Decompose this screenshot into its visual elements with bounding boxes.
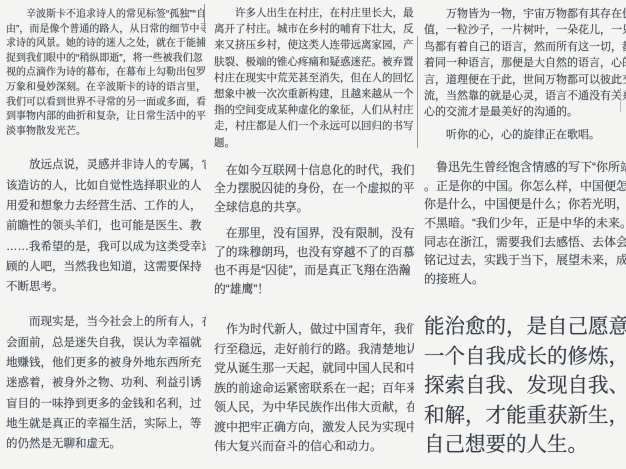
text-line: 你是什么，中国便是什么；你若光明， — [424, 195, 626, 214]
text-line: 会面前，总是迷失自我，误认为幸福就 — [6, 333, 206, 353]
text-line: 作为时代新人，做过中国青年，我们应 — [214, 320, 414, 340]
paragraph: 作为时代新人，做过中国青年，我们应行至稳远，走好前行的路。我清楚地认识党从诞生那… — [214, 320, 414, 457]
text-line: 在如今互联网十信息化的时代，我们也 — [214, 161, 414, 180]
text-line: 党从诞生那一天起，就同中国人民和中 — [214, 359, 414, 379]
paragraph: 许多人出生在村庄，在村庄里长大，最后离开了村庄。城市在乡村的哺育下壮大，反过来又… — [214, 5, 414, 151]
text-column-middle: 许多人出生在村庄，在村庄里长大，最后离开了村庄。城市在乡村的哺育下壮大，反过来又… — [214, 0, 414, 469]
column-divider — [417, 36, 418, 148]
text-line: 来又挤压乡村，使这类人连带远离家园，产生 — [214, 37, 414, 53]
text-line: 我们可以看到世界不寻常的另一面或多面，看 — [6, 96, 206, 111]
text-line: 全力摆脱囚徒的身份，在一个虚拟的平 — [214, 179, 414, 198]
text-line: 村庄在现实中荒芜甚至消失，但在人的回忆和 — [214, 70, 414, 86]
text-line: 族的前途命运紧密联系在一起；百年来党 — [214, 379, 414, 399]
page-edge-rule — [620, 88, 621, 112]
text-line: 一个自我成长的修炼，这个修 — [424, 342, 626, 372]
text-line: 自己想要的人生。 — [424, 430, 626, 460]
paragraph: 在那里，没有国界，没有限制，没有翻了的珠穆朗玛，也没有穿越不了的百慕大也不再是“… — [214, 224, 414, 298]
text-line: 渡中把牢正确方向，激发人民为实现中 — [214, 418, 414, 438]
text-line: 想象中被一次次重新构建，且越来越从一个实 — [214, 86, 414, 102]
text-line: 铭记过去，实践于当下，展望未来，成 — [424, 251, 626, 270]
text-line: 许多人出生在村庄，在村庄里长大，最后 — [214, 5, 414, 21]
text-line: 流，当然靠的就是心灵，语言不通没有关系， — [424, 88, 626, 104]
paragraph: 在如今互联网十信息化的时代，我们也全力摆脱囚徒的身份，在一个虚拟的平全球信息的共… — [214, 161, 414, 217]
paragraph-large-text: 能治愈的，是自己愿意走出来一个自我成长的修炼，这个修探索自我、发现自我、觉醒自和… — [424, 312, 626, 460]
text-line: 前瞻性的领头羊们，也可能是医生、教 — [6, 216, 206, 236]
text-line: 迷惑着，被身外之物、功利、利益引诱 — [6, 373, 206, 393]
text-line: 淡事物散发光芒。 — [6, 125, 206, 140]
text-line: 万象和曼妙深刻。在辛波斯卡的诗的语言里， — [6, 81, 206, 96]
text-line: 走，村庄都是人们一个永远可以回归的书写母 — [214, 118, 414, 134]
text-line: 放远点说，灵感并非诗人的专属，它会 — [6, 155, 206, 175]
text-line: 肤裂、极端的锥心疼痛和疑惑迷茫。被弃置的 — [214, 54, 414, 70]
text-line: 用爱和想象力去经营生活、工作的人， — [6, 196, 206, 216]
text-line: 了的珠穆朗玛，也没有穿越不了的百慕大 — [214, 243, 414, 262]
text-line: 指的空间变成某种虚化的象征，人们从村庄出 — [214, 102, 414, 118]
paragraph: 听你的心，心的旋律正在歌唱。 — [424, 127, 626, 143]
text-line: 听你的心，心的旋律正在歌唱。 — [424, 127, 626, 143]
paragraph: 放远点说，灵感并非诗人的专属，它会该造访的人，比如自觉性选择职业的人用爱和想象力… — [6, 155, 206, 297]
text-line: 能治愈的，是自己愿意走出来 — [424, 312, 626, 342]
text-line: 离开了村庄。城市在乡村的哺育下壮大，反过 — [214, 21, 414, 37]
text-line: 的接班人。 — [424, 270, 626, 289]
text-line: 言，道理便在于此，世间万物都可以彼此交 — [424, 72, 626, 88]
document-page: 辛波斯卡不追求诗人的常见标签“孤独”“自由”，而是像个普通的路人，从日常的细节中… — [0, 0, 626, 469]
text-line: 鸟都有着自己的语言，然而所有这一切，都有 — [424, 39, 626, 55]
text-line: 的仍然是无聊和虚无。 — [6, 434, 206, 454]
text-line: 盲目的一味挣到更多的金钱和名利，过 — [6, 394, 206, 414]
text-line: ……我希望的是，我可以成为这类受幸运 — [6, 237, 206, 257]
paragraph: 辛波斯卡不追求诗人的常见标签“孤独”“自由”，而是像个普通的路人，从日常的细节中… — [6, 8, 206, 139]
text-line: 而现实是，当今社会上的所有人，在纷 — [6, 312, 206, 332]
text-line: 同志在浙江，需要我们去感悟、去体会 — [424, 233, 626, 252]
text-line: 也不再是“囚徒”，而是真正飞翔在浩瀚 — [214, 261, 414, 280]
text-line: 伟大复兴而奋斗的信心和动力。 — [214, 437, 414, 457]
text-line: 求诗的风景。她的诗的迷人之处，就在于能捕 — [6, 37, 206, 52]
text-line: 万物皆为一物，宇宙万物都有其存在价 — [424, 6, 626, 22]
text-column-left: 辛波斯卡不追求诗人的常见标签“孤独”“自由”，而是像个普通的路人，从日常的细节中… — [6, 0, 206, 469]
text-line: 题。 — [214, 135, 414, 151]
text-line: 领人民，为中华民族作出伟大贡献，在 — [214, 398, 414, 418]
text-line: 由”，而是像个普通的路人，从日常的细节中寻 — [6, 23, 206, 38]
paragraph: 鲁迅先生曾经饱含情感的写下“你所站立。正是你的中国。你怎么样，中国便怎你是什么，… — [424, 158, 626, 288]
text-line: 捉到我们眼中的“稍纵即逝”，将一些被我们忽 — [6, 52, 206, 67]
text-line: 全球信息的共享。 — [214, 198, 414, 217]
column-divider — [204, 4, 205, 32]
text-line: 不断思考。 — [6, 277, 206, 297]
text-line: 不黑暗。“我们少年，正是中华的未来。 — [424, 214, 626, 233]
text-line: 着同一种语言，那便是大自然的语言，心的语 — [424, 55, 626, 71]
text-line: 该造访的人，比如自觉性选择职业的人 — [6, 176, 206, 196]
text-line: 行至稳远，走好前行的路。我清楚地认识 — [214, 340, 414, 360]
text-line: 到事物内部的曲折和复杂，让日常生活中的平 — [6, 110, 206, 125]
text-line: 地生就是真正的幸福生活，实际上，等 — [6, 414, 206, 434]
text-line: 值，一粒沙子，一片树叶，一朵花儿，一只小 — [424, 22, 626, 38]
text-line: 的“雄鹰”！ — [214, 280, 414, 299]
text-line: 辛波斯卡不追求诗人的常见标签“孤独”“自 — [6, 8, 206, 23]
text-line: 探索自我、发现自我、觉醒自 — [424, 371, 626, 401]
text-line: 和解，才能重获新生，遇见更 — [424, 401, 626, 431]
text-column-right: 万物皆为一物，宇宙万物都有其存在价值，一粒沙子，一片树叶，一朵花儿，一只小鸟都有… — [424, 0, 626, 469]
text-line: 在那里，没有国界，没有限制，没有翻 — [214, 224, 414, 243]
text-line: 鲁迅先生曾经饱含情感的写下“你所站立 — [424, 158, 626, 177]
text-line: 。正是你的中国。你怎么样，中国便怎 — [424, 177, 626, 196]
paragraph: 万物皆为一物，宇宙万物都有其存在价值，一粒沙子，一片树叶，一朵花儿，一只小鸟都有… — [424, 6, 626, 121]
text-line: 地赚钱，他们更多的被身外地东西所充 — [6, 353, 206, 373]
text-line: 顾的人吧，当然我也知道，这需要保持 — [6, 257, 206, 277]
text-line: 视的点滴作为诗的幕布，在幕布上勾勒出包罗 — [6, 66, 206, 81]
paragraph: 而现实是，当今社会上的所有人，在纷会面前，总是迷失自我，误认为幸福就地赚钱，他们… — [6, 312, 206, 454]
text-line: 心的交流才是最美好的沟通的。 — [424, 104, 626, 120]
